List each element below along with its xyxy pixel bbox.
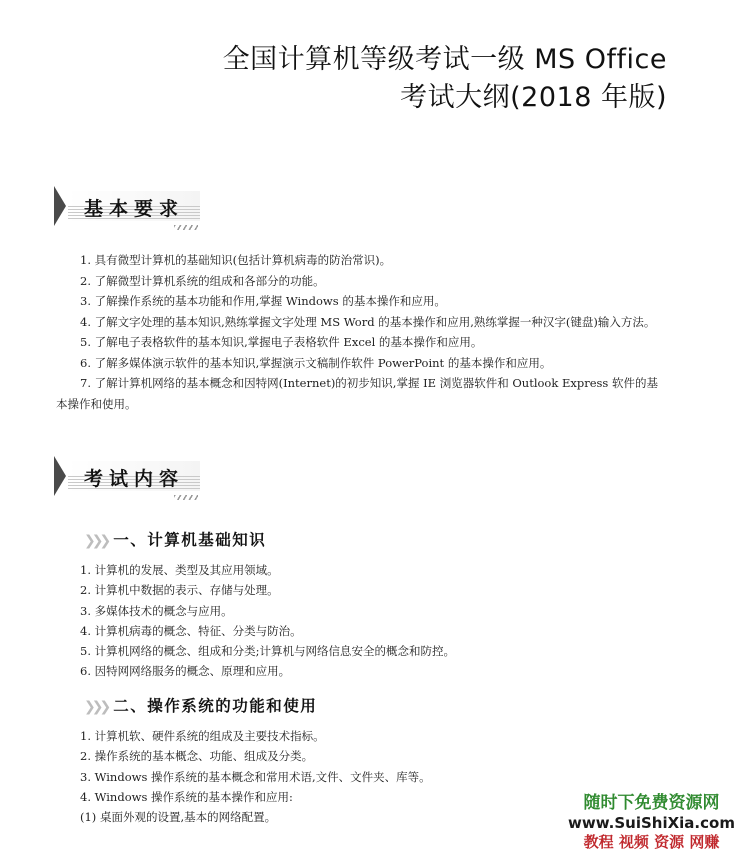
requirement-item: 6. 了解多媒体演示软件的基本知识,掌握演示文稿制作软件 PowerPoint … bbox=[56, 353, 668, 374]
heading-arrow-icon bbox=[54, 456, 66, 496]
computer-basics-list: 1. 计算机的发展、类型及其应用领域。 2. 计算机中数据的表示、存储与处理。 … bbox=[80, 560, 455, 682]
section-heading-label: 基本要求 bbox=[84, 194, 184, 221]
watermark: 随时下免费资源网 www.SuiShiXia.com 教程 视频 资源 网赚 bbox=[568, 792, 735, 856]
list-item: 3. Windows 操作系统的基本概念和常用术语,文件、文件夹、库等。 bbox=[80, 767, 431, 787]
list-item: 6. 因特网网络服务的概念、原理和应用。 bbox=[80, 661, 455, 681]
list-item: 4. Windows 操作系统的基本操作和应用: bbox=[80, 787, 431, 807]
heading-hatch-decoration bbox=[174, 495, 198, 500]
requirements-list: 1. 具有微型计算机的基础知识(包括计算机病毒的防治常识)。 2. 了解微型计算… bbox=[56, 250, 668, 414]
watermark-line1: 随时下免费资源网 bbox=[568, 792, 735, 814]
chevron-bullet-icon: ❯❯❯ bbox=[84, 533, 107, 549]
requirement-item: 4. 了解文字处理的基本知识,熟练掌握文字处理 MS Word 的基本操作和应用… bbox=[56, 312, 668, 333]
subsection-heading-os-functions: ❯❯❯二、操作系统的功能和使用 bbox=[84, 694, 317, 716]
requirement-item: 7. 了解计算机网络的基本概念和因特网(Internet)的初步知识,掌握 IE… bbox=[56, 373, 668, 414]
watermark-line3: 教程 视频 资源 网赚 bbox=[568, 832, 735, 852]
requirement-item: 1. 具有微型计算机的基础知识(包括计算机病毒的防治常识)。 bbox=[56, 250, 668, 271]
subsection-heading-label: 二、操作系统的功能和使用 bbox=[113, 697, 317, 715]
requirement-item: 3. 了解操作系统的基本功能和作用,掌握 Windows 的基本操作和应用。 bbox=[56, 291, 668, 312]
list-item: 2. 计算机中数据的表示、存储与处理。 bbox=[80, 580, 455, 600]
list-item: 4. 计算机病毒的概念、特征、分类与防治。 bbox=[80, 621, 455, 641]
section-heading-label: 考试内容 bbox=[84, 464, 184, 491]
chevron-bullet-icon: ❯❯❯ bbox=[84, 699, 107, 715]
os-functions-list: 1. 计算机软、硬件系统的组成及主要技术指标。 2. 操作系统的基本概念、功能、… bbox=[80, 726, 431, 827]
document-title-line1: 全国计算机等级考试一级 MS Office bbox=[223, 46, 667, 73]
section-heading-basic-requirements: 基本要求 bbox=[54, 186, 200, 226]
list-item: 3. 多媒体技术的概念与应用。 bbox=[80, 601, 455, 621]
heading-arrow-icon bbox=[54, 186, 66, 226]
watermark-url: www.SuiShiXia.com bbox=[568, 814, 735, 832]
document-title-line2: 考试大纲(2018 年版) bbox=[400, 84, 667, 111]
list-item: (1) 桌面外观的设置,基本的网络配置。 bbox=[80, 807, 431, 827]
subsection-heading-label: 一、计算机基础知识 bbox=[113, 531, 266, 549]
heading-hatch-decoration bbox=[174, 225, 198, 230]
subsection-heading-computer-basics: ❯❯❯一、计算机基础知识 bbox=[84, 528, 266, 550]
list-item: 2. 操作系统的基本概念、功能、组成及分类。 bbox=[80, 746, 431, 766]
requirement-item: 2. 了解微型计算机系统的组成和各部分的功能。 bbox=[56, 271, 668, 292]
requirement-item: 5. 了解电子表格软件的基本知识,掌握电子表格软件 Excel 的基本操作和应用… bbox=[56, 332, 668, 353]
section-heading-exam-content: 考试内容 bbox=[54, 456, 200, 496]
list-item: 1. 计算机的发展、类型及其应用领域。 bbox=[80, 560, 455, 580]
list-item: 1. 计算机软、硬件系统的组成及主要技术指标。 bbox=[80, 726, 431, 746]
list-item: 5. 计算机网络的概念、组成和分类;计算机与网络信息安全的概念和防控。 bbox=[80, 641, 455, 661]
